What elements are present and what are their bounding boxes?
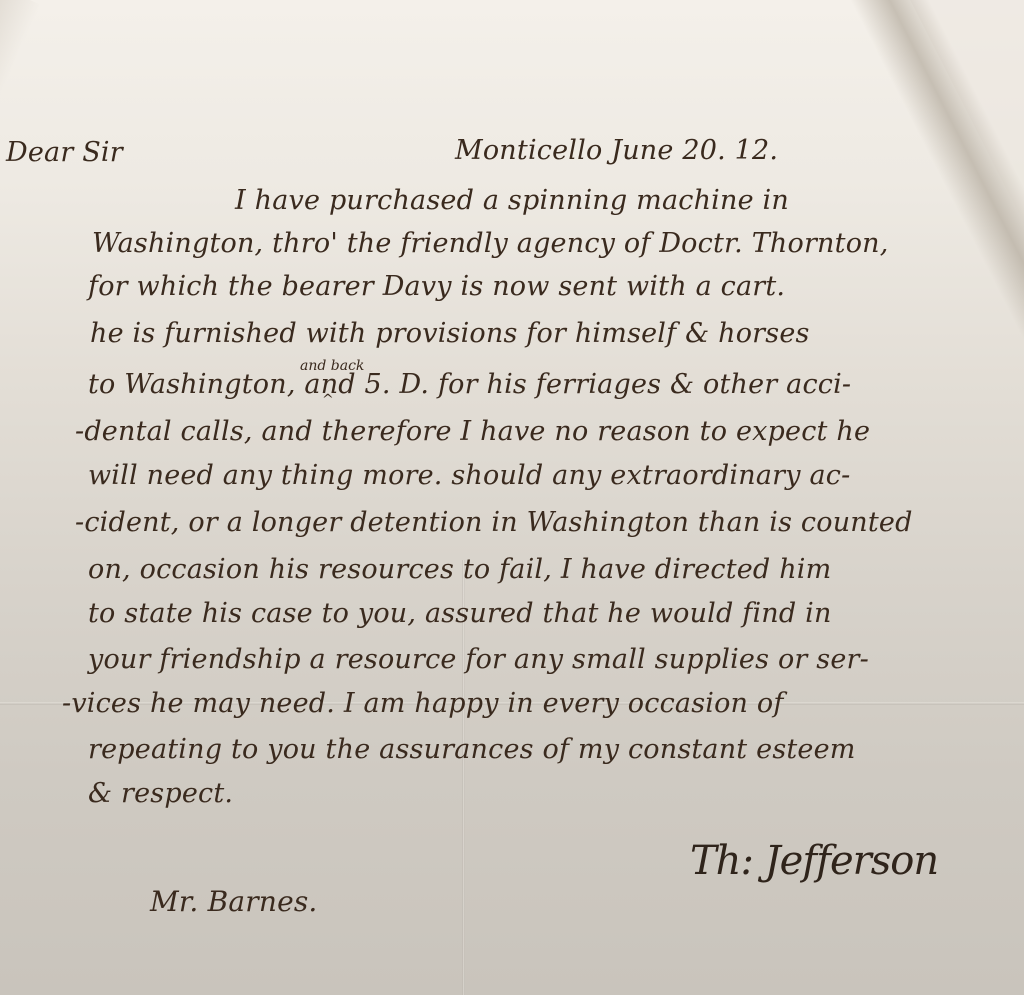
body-line-8: -cident, or a longer detention in Washin… (75, 509, 913, 536)
salutation: Dear Sir (6, 137, 123, 168)
signature: Th: Jefferson (690, 838, 938, 884)
body-line-11: your friendship a resource for any small… (88, 646, 869, 673)
addressee: Mr. Barnes. (150, 885, 318, 918)
body-line-4: he is furnished with provisions for hims… (90, 320, 810, 347)
body-line-5: to Washington, and 5. D. for his ferriag… (88, 371, 851, 398)
paper-shadow-band-left (0, 0, 40, 388)
body-line-10: to state his case to you, assured that h… (88, 600, 832, 627)
letter-sheet: Dear Sir Monticello June 20. 12. I have … (0, 0, 1024, 995)
dateline: Monticello June 20. 12. (455, 135, 778, 166)
body-line-9: on, occasion his resources to fail, I ha… (88, 556, 831, 583)
body-line-3: for which the bearer Davy is now sent wi… (88, 273, 785, 300)
body-line-1: I have purchased a spinning machine in (235, 187, 789, 214)
body-line-6: -dental calls, and therefore I have no r… (75, 418, 870, 445)
body-line-14: & respect. (88, 780, 233, 807)
body-line-12: -vices he may need. I am happy in every … (62, 690, 784, 717)
body-line-13: repeating to you the assurances of my co… (88, 736, 856, 763)
body-line-7: will need any thing more. should any ext… (88, 462, 850, 489)
body-line-2: Washington, thro' the friendly agency of… (92, 230, 889, 257)
